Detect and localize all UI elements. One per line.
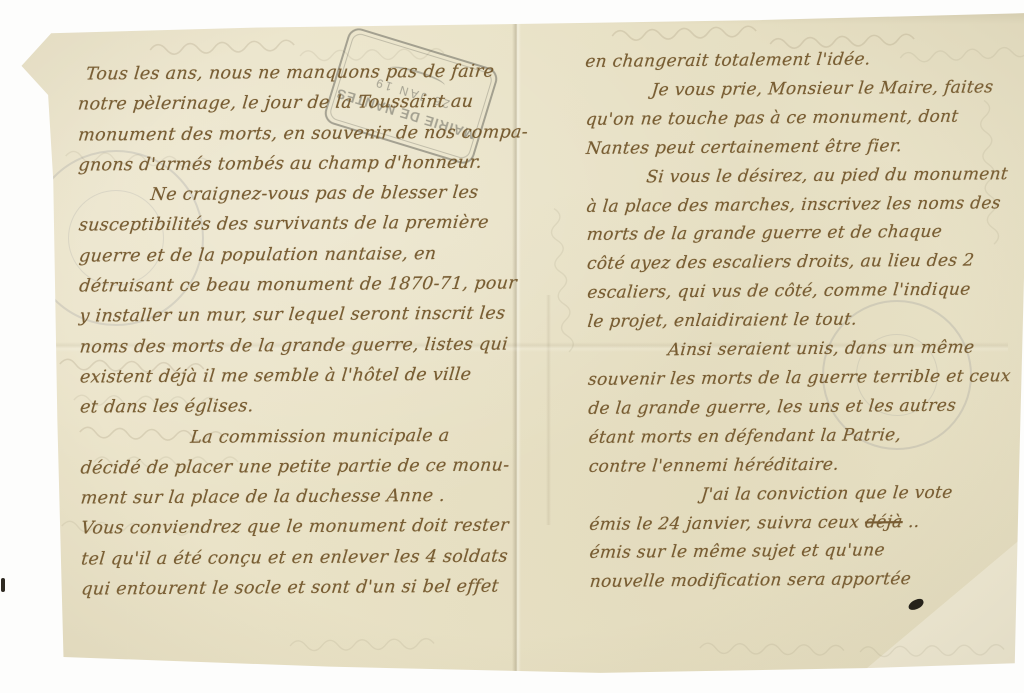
handwriting-line: Nantes peut certainement être fier. bbox=[585, 131, 1024, 164]
letter-right-page: en changerait totalement l'idée.Je vous … bbox=[584, 44, 1024, 597]
handwriting-line: existent déjà il me semble à l'hôtel de … bbox=[78, 359, 523, 392]
struck-word: déjà bbox=[864, 512, 903, 532]
handwriting-line: émis le 24 janvier, suivra ceux déjà .. bbox=[588, 507, 1024, 540]
mairie-nantes-stamp: MAIRIE DE NANTES 26 JAN 19 bbox=[322, 25, 500, 166]
handwriting-line: guerre et de la population nantaise, en bbox=[78, 238, 523, 271]
handwriting-line: Ne craignez-vous pas de blesser les bbox=[77, 178, 522, 211]
handwriting-line: détruisant ce beau monument de 1870-71, … bbox=[78, 269, 523, 302]
handwriting-line: Si vous le désirez, au pied du monument bbox=[585, 160, 1024, 193]
handwriting-line: Tous les ans, nous ne manquons pas de fa… bbox=[76, 56, 521, 89]
handwriting-line: qui entourent le socle et sont d'un si b… bbox=[80, 571, 525, 604]
handwriting-line: La commission municipale a bbox=[79, 420, 524, 453]
handwriting-line: escaliers, qui vus de côté, comme l'indi… bbox=[586, 275, 1024, 308]
handwriting-line: souvenir les morts de la guerre terrible… bbox=[587, 362, 1024, 395]
handwriting-text: .. bbox=[902, 511, 921, 531]
ink-bleedthrough bbox=[0, 0, 1024, 693]
archive-round-stamp-inner bbox=[849, 327, 946, 424]
edge-mark bbox=[1, 578, 5, 592]
archive-round-stamp-inner bbox=[68, 190, 164, 286]
stamp-authority-text: MAIRIE DE NANTES bbox=[334, 85, 477, 142]
handwriting-line: de la grande guerre, les uns et les autr… bbox=[587, 391, 1024, 424]
edge-mark bbox=[58, 597, 61, 606]
scanned-letter: MAIRIE DE NANTES 26 JAN 19 Tous les ans,… bbox=[0, 0, 1024, 693]
stamp-date-text: 26 JAN 19 bbox=[372, 75, 451, 111]
ink-blot bbox=[907, 597, 925, 611]
letter-paper: MAIRIE DE NANTES 26 JAN 19 Tous les ans,… bbox=[0, 0, 1024, 693]
handwriting-line: gnons d'armés tombés au champ d'honneur. bbox=[77, 147, 522, 180]
handwriting-line: tel qu'il a été conçu et en enlever les … bbox=[80, 541, 525, 574]
archive-round-stamp bbox=[808, 286, 986, 464]
letter-left-page: Tous les ans, nous ne manquons pas de fa… bbox=[76, 56, 522, 604]
handwriting-line: J'ai la conviction que le vote bbox=[588, 478, 1024, 511]
handwriting-line: morts de la grande guerre et de chaque bbox=[585, 218, 1024, 251]
stamp-border bbox=[328, 32, 494, 161]
handwriting-line: y installer un mur, sur lequel seront in… bbox=[78, 299, 523, 332]
handwriting-line: monument des morts, en souvenir de nos c… bbox=[77, 117, 522, 150]
center-fold-crease bbox=[512, 0, 521, 693]
handwriting-line: ment sur la place de la duchesse Anne . bbox=[79, 481, 524, 514]
handwriting-line: contre l'ennemi héréditaire. bbox=[587, 449, 1024, 482]
secondary-crease bbox=[546, 295, 551, 525]
handwriting-line: notre pèlerinage, le jour de la Toussain… bbox=[77, 87, 522, 120]
horizontal-crease bbox=[56, 342, 1008, 352]
folded-corner bbox=[0, 0, 1024, 693]
handwriting-line: Vous conviendrez que le monument doit re… bbox=[79, 511, 524, 544]
handwriting-line: qu'on ne touche pas à ce monument, dont bbox=[584, 102, 1024, 135]
handwriting-line: Je vous prie, Monsieur le Maire, faites bbox=[584, 73, 1024, 106]
archive-round-stamp bbox=[28, 150, 204, 326]
handwriting-line: le projet, enlaidiraient le tout. bbox=[586, 304, 1024, 337]
handwriting-line: émis sur le même sujet et qu'une bbox=[588, 535, 1024, 568]
handwriting-line: Ainsi seraient unis, dans un même bbox=[586, 333, 1024, 366]
handwriting-text: émis le 24 janvier, suivra ceux bbox=[588, 512, 866, 534]
handwriting-line: noms des morts de la grande guerre, list… bbox=[78, 329, 523, 362]
stamp-scribble bbox=[387, 63, 446, 91]
handwriting-line: étant morts en défendant la Patrie, bbox=[587, 420, 1024, 453]
handwriting-line: côté ayez des escaliers droits, au lieu … bbox=[586, 246, 1024, 279]
handwriting-line: à la place des marches, inscrivez les no… bbox=[585, 189, 1024, 222]
handwriting-line: en changerait totalement l'idée. bbox=[584, 44, 1024, 77]
handwriting-line: décidé de placer une petite partie de ce… bbox=[79, 450, 524, 483]
handwriting-line: susceptibilités des survivants de la pre… bbox=[77, 208, 522, 241]
handwriting-line: nouvelle modification sera apportée bbox=[588, 564, 1024, 597]
handwriting-line: et dans les églises. bbox=[79, 390, 524, 423]
